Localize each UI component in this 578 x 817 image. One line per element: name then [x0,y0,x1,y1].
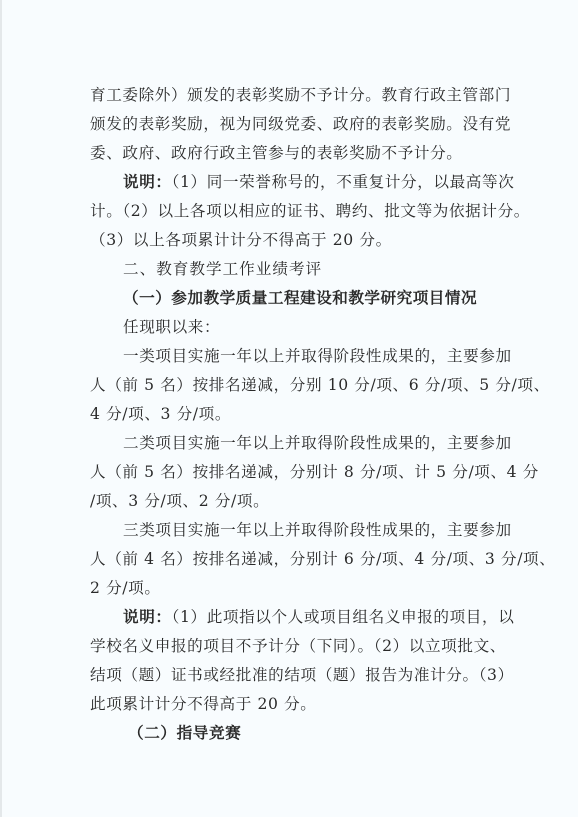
paragraph-line: 人（前 5 名）按排名递减，分别计 8 分/项、计 5 分/项、4 分 [90,461,494,483]
paragraph-line: 二类项目实施一年以上并取得阶段性成果的，主要参加 [90,432,494,454]
note-text: （1）同一荣誉称号的，不重复计分，以最高等次 [172,173,515,191]
paragraph-line: 2 分/项。 [90,577,494,599]
paragraph-line: 三类项目实施一年以上并取得阶段性成果的，主要参加 [90,519,494,541]
note-label: 说明： [123,173,172,191]
paragraph-line: 此项累计计分不得高于 20 分。 [90,693,494,715]
note-line: 说明：（1）此项指以个人或项目组名义申报的项目，以 [90,606,494,628]
paragraph-line: 结项（题）证书或经批准的结项（题）报告为准计分。（3） [90,664,494,686]
paragraph-line: 一类项目实施一年以上并取得阶段性成果的，主要参加 [90,345,494,367]
paragraph-line: 人（前 5 名）按排名递减，分别 10 分/项、6 分/项、5 分/项、 [90,374,494,396]
paragraph-line: 4 分/项、3 分/项。 [90,403,494,425]
subsection-heading: （一）参加教学质量工程建设和教学研究项目情况 [90,287,494,309]
section-heading: 二、教育教学工作业绩考评 [90,258,494,280]
paragraph-line: 学校名义申报的项目不予计分（下同）。（2）以立项批文、 [90,635,494,657]
paragraph-line: 任现职以来： [90,316,494,338]
paragraph-line: 计。（2）以上各项以相应的证书、聘约、批文等为依据计分。 [90,200,494,222]
note-text: （1）此项指以个人或项目组名义申报的项目，以 [172,608,515,626]
paragraph-line: （3）以上各项累计计分不得高于 20 分。 [90,229,494,251]
paragraph-line: 委、政府、政府行政主管参与的表彰奖励不予计分。 [90,142,494,164]
paragraph-line: 人（前 4 名）按排名递减，分别计 6 分/项、4 分/项、3 分/项、 [90,548,494,570]
note-label: 说明： [123,608,172,626]
document-page: 育工委除外）颁发的表彰奖励不予计分。教育行政主管部门 颁发的表彰奖励，视为同级党… [0,0,578,817]
note-line: 说明：（1）同一荣誉称号的，不重复计分，以最高等次 [90,171,494,193]
subsection-heading: （二）指导竞赛 [90,722,494,744]
paragraph-line: /项、3 分/项、2 分/项。 [90,490,494,512]
paragraph-line: 颁发的表彰奖励，视为同级党委、政府的表彰奖励。没有党 [90,113,494,135]
paragraph-line: 育工委除外）颁发的表彰奖励不予计分。教育行政主管部门 [90,84,494,106]
